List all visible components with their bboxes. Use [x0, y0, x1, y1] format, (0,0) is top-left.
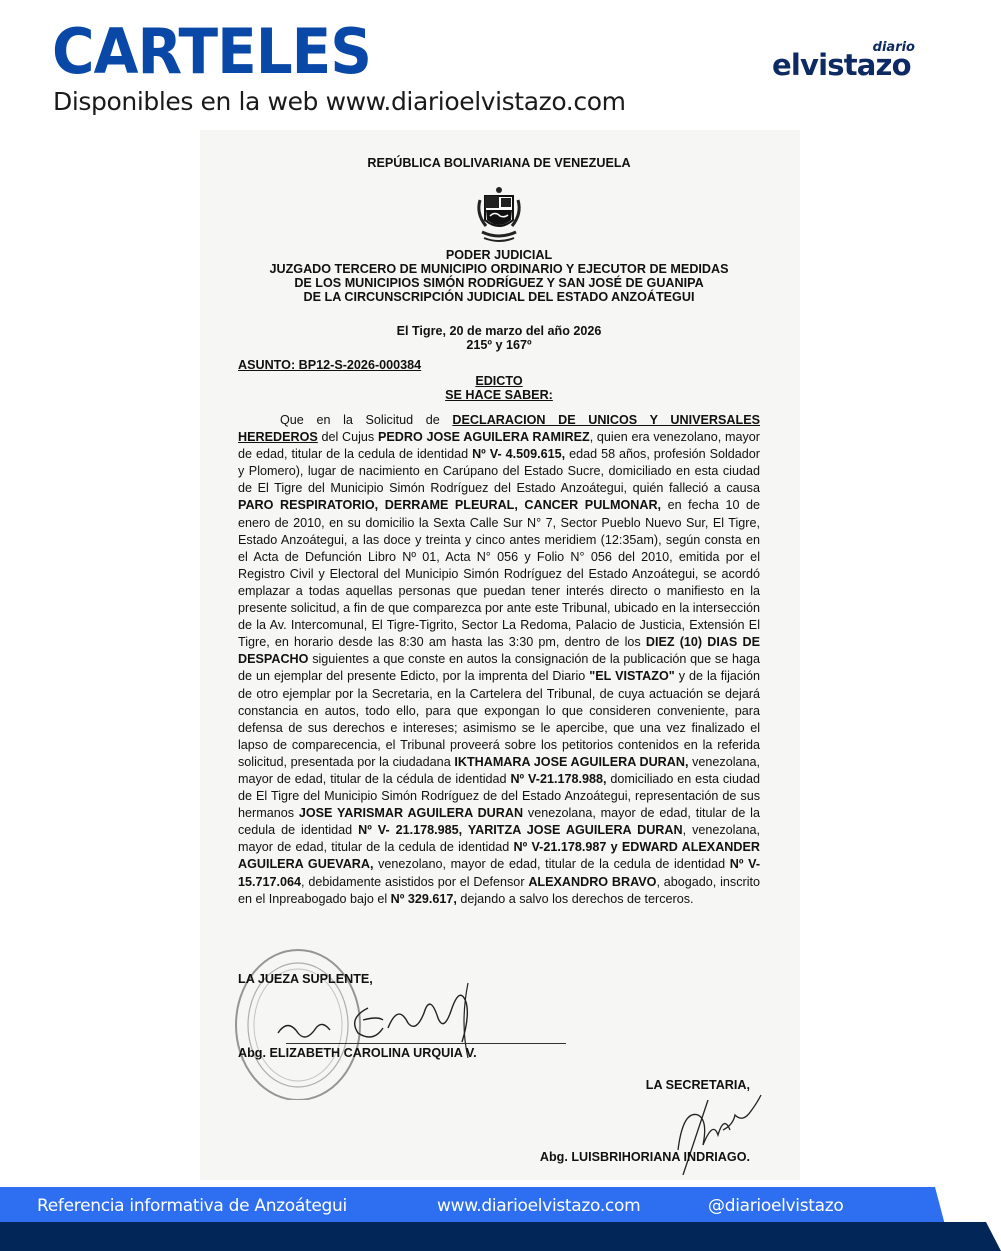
body-segment: PARO RESPIRATORIO, DERRAME PLEURAL, CANC… [238, 498, 661, 512]
heading-line: PODER JUDICIAL [238, 248, 760, 262]
body-segment: , debidamente asistidos por el Defensor [301, 875, 528, 889]
edict-title: EDICTO SE HACE SABER: [238, 374, 760, 402]
footer-dark-band [0, 1222, 1001, 1251]
body-segment: Nº V- 21.178.985, YARITZA JOSE AGUILERA … [358, 823, 683, 837]
date-line: El Tigre, 20 de marzo del año 2026 [238, 324, 760, 338]
heading-line: DE LA CIRCUNSCRIPCIÓN JUDICIAL DEL ESTAD… [238, 290, 760, 304]
secretary-name: Abg. LUISBRIHORIANA INDRIAGO. [540, 1150, 750, 1164]
body-segment: ALEXANDRO BRAVO [528, 875, 656, 889]
footer-social-handle[interactable]: @diarioelvistazo [708, 1198, 843, 1215]
logo-main-text: elvistazo [772, 48, 911, 82]
footer-website-link[interactable]: www.diarioelvistazo.com [437, 1198, 640, 1215]
signature-line [286, 1043, 566, 1044]
body-segment: "EL VISTAZO" [589, 669, 674, 683]
date-block: El Tigre, 20 de marzo del año 2026 215º … [238, 324, 760, 352]
case-number: ASUNTO: BP12-S-2026-000384 [238, 358, 421, 372]
body-segment: venezolano, mayor de edad, titular de la… [373, 857, 729, 871]
footer-tagline: Referencia informativa de Anzoátegui [37, 1198, 347, 1215]
court-heading: PODER JUDICIAL JUZGADO TERCERO DE MUNICI… [238, 248, 760, 304]
edict-body: Que en la Solicitud de DECLARACION DE UN… [238, 412, 760, 908]
page-subtitle: Disponibles en la web www.diarioelvistaz… [53, 89, 626, 114]
heading-line: DE LOS MUNICIPIOS SIMÓN RODRÍGUEZ Y SAN … [238, 276, 760, 290]
body-segment: PEDRO JOSE AGUILERA RAMIREZ [378, 430, 590, 444]
brand-logo[interactable]: diario elvistazo [772, 40, 952, 90]
body-segment: Que en la Solicitud de [280, 413, 452, 427]
republic-heading: REPÚBLICA BOLIVARIANA DE VENEZUELA [238, 156, 760, 170]
body-segment: Nº V- 4.509.615, [472, 447, 565, 461]
heading-line: JUZGADO TERCERO DE MUNICIPIO ORDINARIO Y… [238, 262, 760, 276]
body-segment: Nº V-21.178.988, [510, 772, 606, 786]
page-title: CARTELES [52, 20, 371, 83]
edicto-label: EDICTO [238, 374, 760, 388]
se-hace-saber-label: SE HACE SABER: [238, 388, 760, 402]
venezuela-coat-of-arms-icon [474, 186, 524, 246]
judge-name: Abg. ELIZABETH CAROLINA URQUIA V. [238, 1046, 477, 1060]
body-segment: JOSE YARISMAR AGUILERA DURAN [299, 806, 523, 820]
body-segment: del Cujus [318, 430, 378, 444]
edict-document: REPÚBLICA BOLIVARIANA DE VENEZUELA PODER… [200, 130, 800, 1180]
body-segment: en fecha 10 de enero de 2010, en su domi… [238, 498, 760, 649]
judge-label: LA JUEZA SUPLENTE, [238, 972, 373, 986]
body-segment: IKTHAMARA JOSE AGUILERA DURAN, [454, 755, 688, 769]
years-line: 215º y 167º [238, 338, 760, 352]
body-segment: dejando a salvo los derechos de terceros… [457, 892, 694, 906]
body-segment: Nº 329.617, [391, 892, 457, 906]
